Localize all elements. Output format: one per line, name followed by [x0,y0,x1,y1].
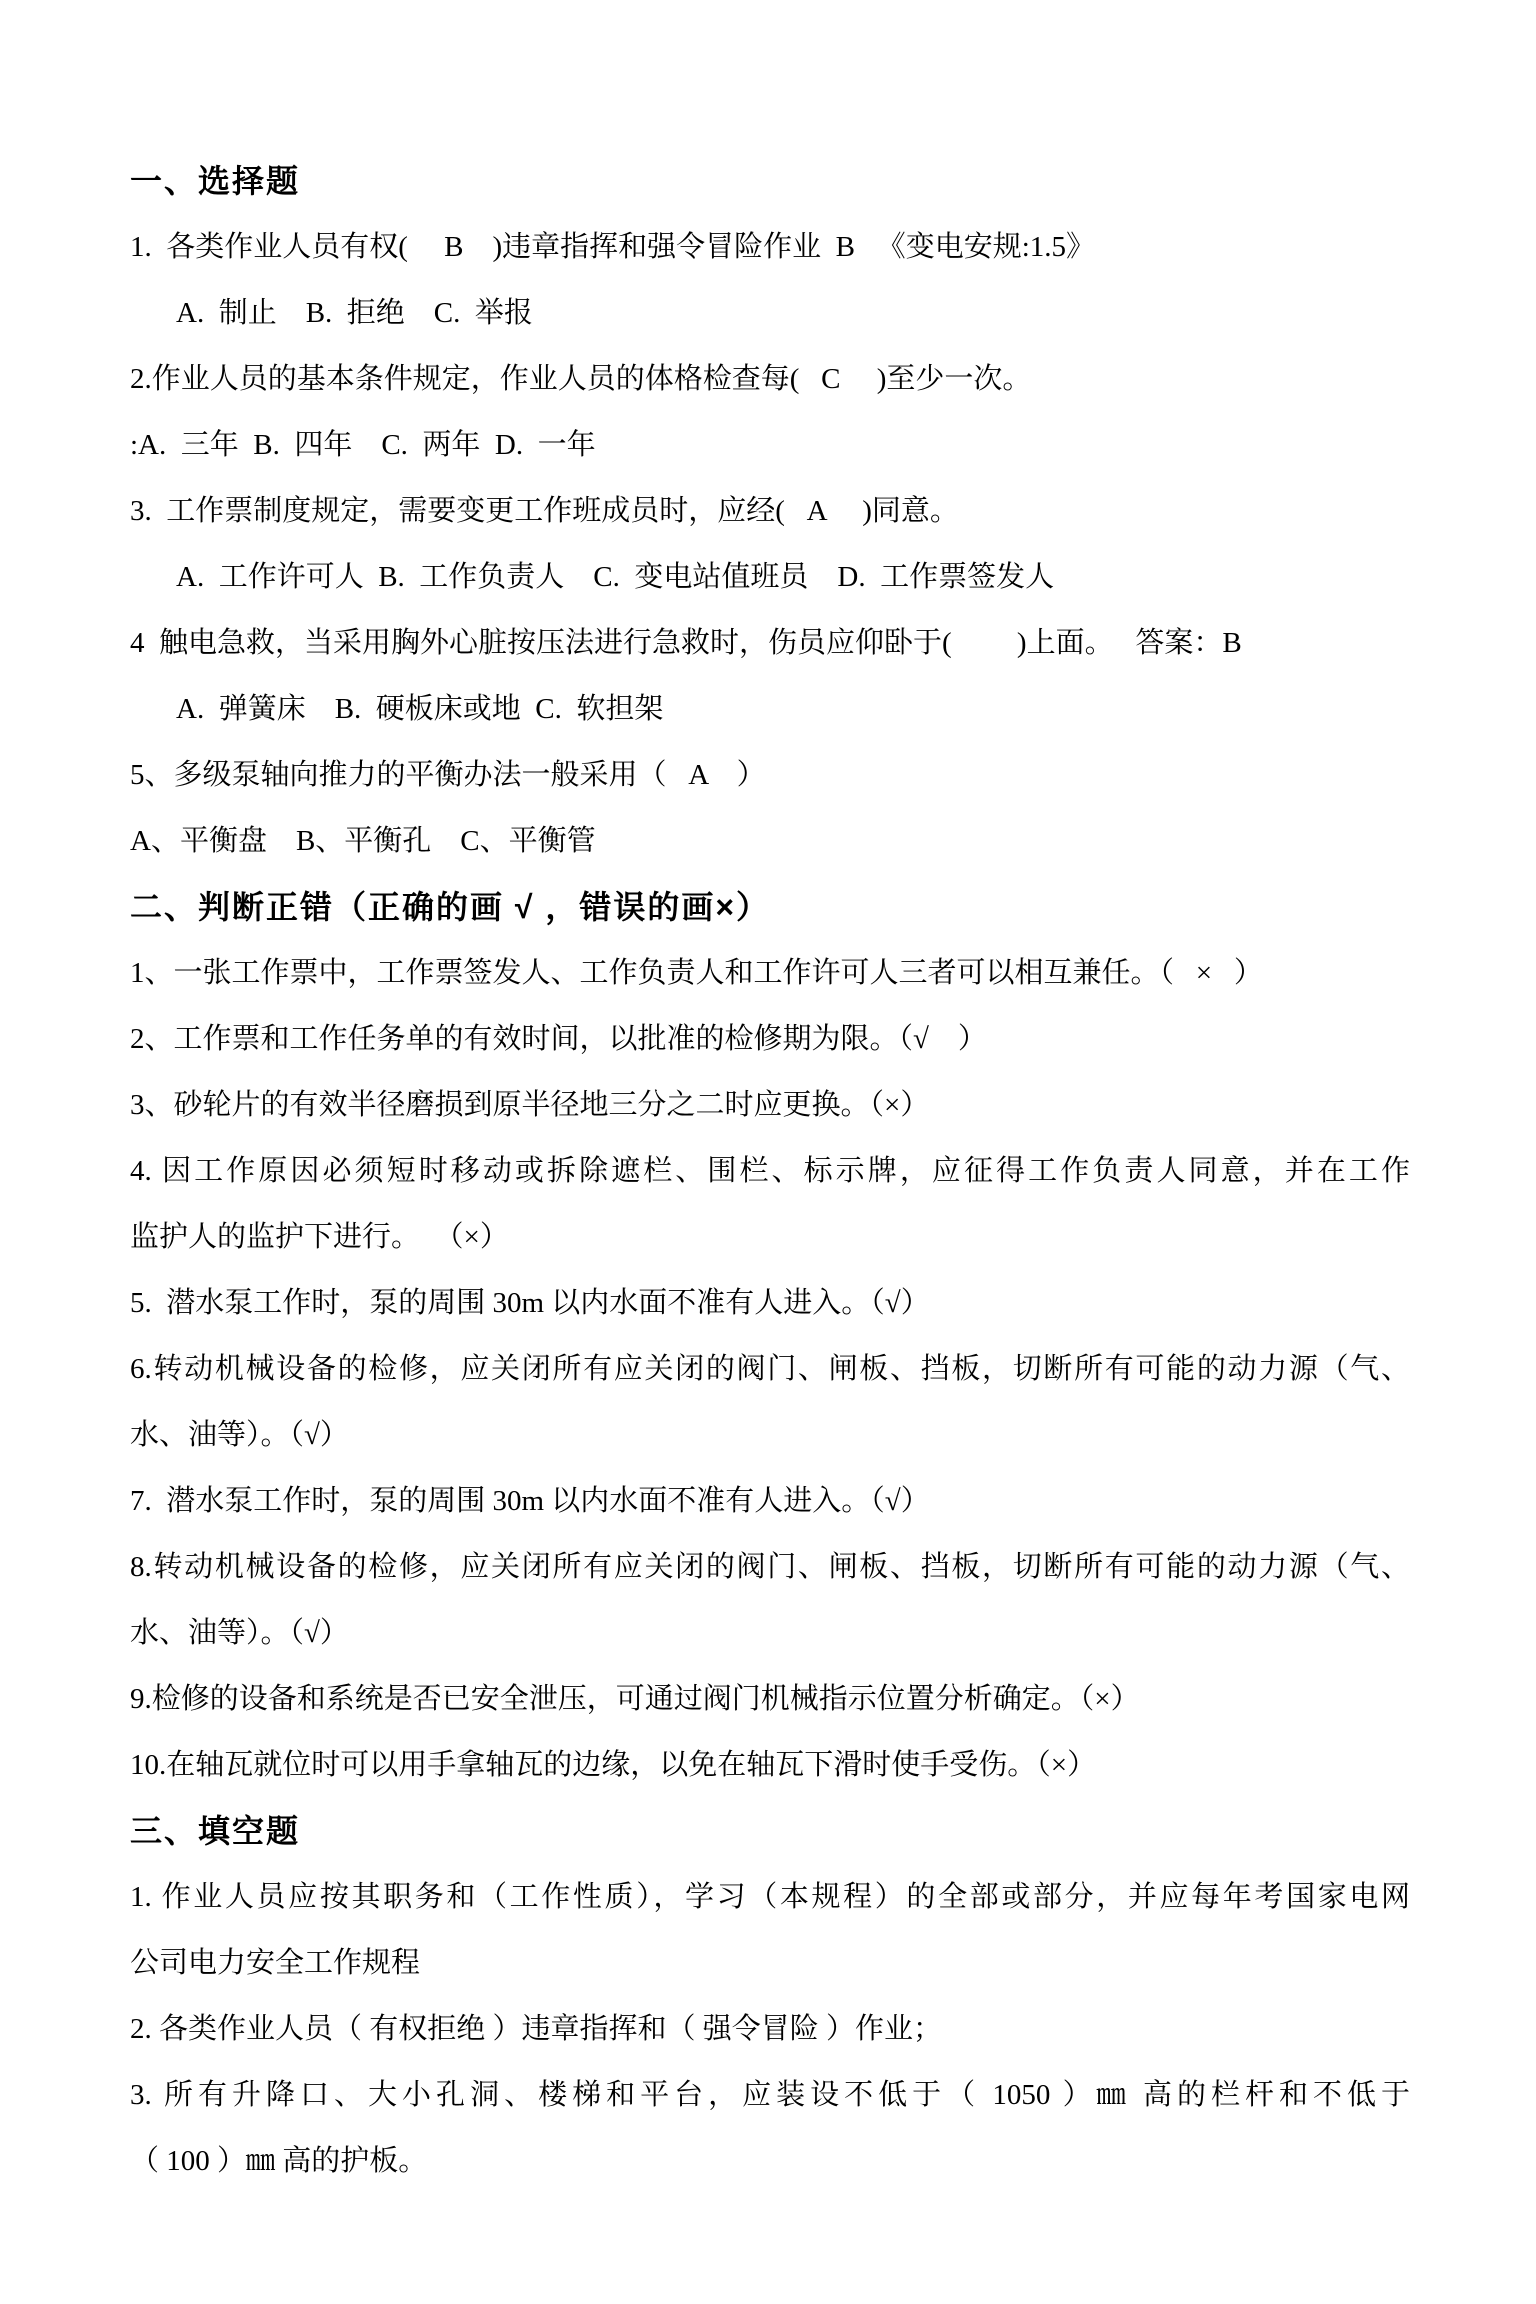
exam-page: 一、选择题 1. 各类作业人员有权( B )违章指挥和强令冒险作业 B 《变电安… [0,0,1536,2304]
exam-content: 一、选择题 1. 各类作业人员有权( B )违章指挥和强令冒险作业 B 《变电安… [130,148,1410,2194]
mc-q2: 2.作业人员的基本条件规定，作业人员的体格检查每( C )至少一次。 [130,346,1410,412]
fill-q1-line2: 公司电力安全工作规程 [130,1930,1410,1996]
mc-q5: 5、多级泵轴向推力的平衡办法一般采用（ A ） [130,742,1410,808]
mc-q4: 4 触电急救，当采用胸外心脏按压法进行急救时，伤员应仰卧于( )上面。 答案：B [130,610,1410,676]
tf-q10: 10.在轴瓦就位时可以用手拿轴瓦的边缘，以免在轴瓦下滑时使手受伤。（×） [130,1732,1410,1798]
tf-q6-line2: 水、油等）。（√） [130,1402,1410,1468]
fill-q1-line1: 1. 作业人员应按其职务和（工作性质），学习（本规程）的全部或部分，并应每年考国… [130,1864,1410,1930]
fill-q3-line1: 3. 所有升降口、大小孔洞、楼梯和平台，应装设不低于（ 1050 ）㎜ 高的栏杆… [130,2062,1410,2128]
mc-q5-options: A、平衡盘 B、平衡孔 C、平衡管 [130,808,1410,874]
mc-q4-options: A. 弹簧床 B. 硬板床或地 C. 软担架 [130,676,1410,742]
tf-q5: 5. 潜水泵工作时，泵的周围 30m 以内水面不准有人进入。（√） [130,1270,1410,1336]
tf-q6-line1: 6.转动机械设备的检修，应关闭所有应关闭的阀门、闸板、挡板，切断所有可能的动力源… [130,1336,1410,1402]
mc-q1-options: A. 制止 B. 拒绝 C. 举报 [130,280,1410,346]
tf-q1: 1、一张工作票中，工作票签发人、工作负责人和工作许可人三者可以相互兼任。（ × … [130,940,1410,1006]
mc-q3: 3. 工作票制度规定，需要变更工作班成员时，应经( A )同意。 [130,478,1410,544]
section-heading-multiple-choice: 一、选择题 [130,148,1410,214]
tf-q7: 7. 潜水泵工作时，泵的周围 30m 以内水面不准有人进入。（√） [130,1468,1410,1534]
tf-q8-line2: 水、油等）。（√） [130,1600,1410,1666]
tf-q9: 9.检修的设备和系统是否已安全泄压，可通过阀门机械指示位置分析确定。（×） [130,1666,1410,1732]
tf-q2: 2、工作票和工作任务单的有效时间，以批准的检修期为限。（√ ） [130,1006,1410,1072]
tf-q4-line1: 4. 因工作原因必须短时移动或拆除遮栏、围栏、标示牌，应征得工作负责人同意，并在… [130,1138,1410,1204]
mc-q3-options: A. 工作许可人 B. 工作负责人 C. 变电站值班员 D. 工作票签发人 [130,544,1410,610]
mc-q1: 1. 各类作业人员有权( B )违章指挥和强令冒险作业 B 《变电安规:1.5》 [130,214,1410,280]
fill-q3-line2: （ 100 ）㎜ 高的护板。 [130,2128,1410,2194]
fill-q2: 2. 各类作业人员（ 有权拒绝 ）违章指挥和（ 强令冒险 ）作业； [130,1996,1410,2062]
section-heading-true-false: 二、判断正错（正确的画 √ ，错误的画×） [130,874,1410,940]
section-heading-fill-blank: 三、填空题 [130,1798,1410,1864]
tf-q8-line1: 8.转动机械设备的检修，应关闭所有应关闭的阀门、闸板、挡板，切断所有可能的动力源… [130,1534,1410,1600]
tf-q3: 3、砂轮片的有效半径磨损到原半径地三分之二时应更换。（×） [130,1072,1410,1138]
mc-q2-options: :A. 三年 B. 四年 C. 两年 D. 一年 [130,412,1410,478]
tf-q4-line2: 监护人的监护下进行。 （×） [130,1204,1410,1270]
